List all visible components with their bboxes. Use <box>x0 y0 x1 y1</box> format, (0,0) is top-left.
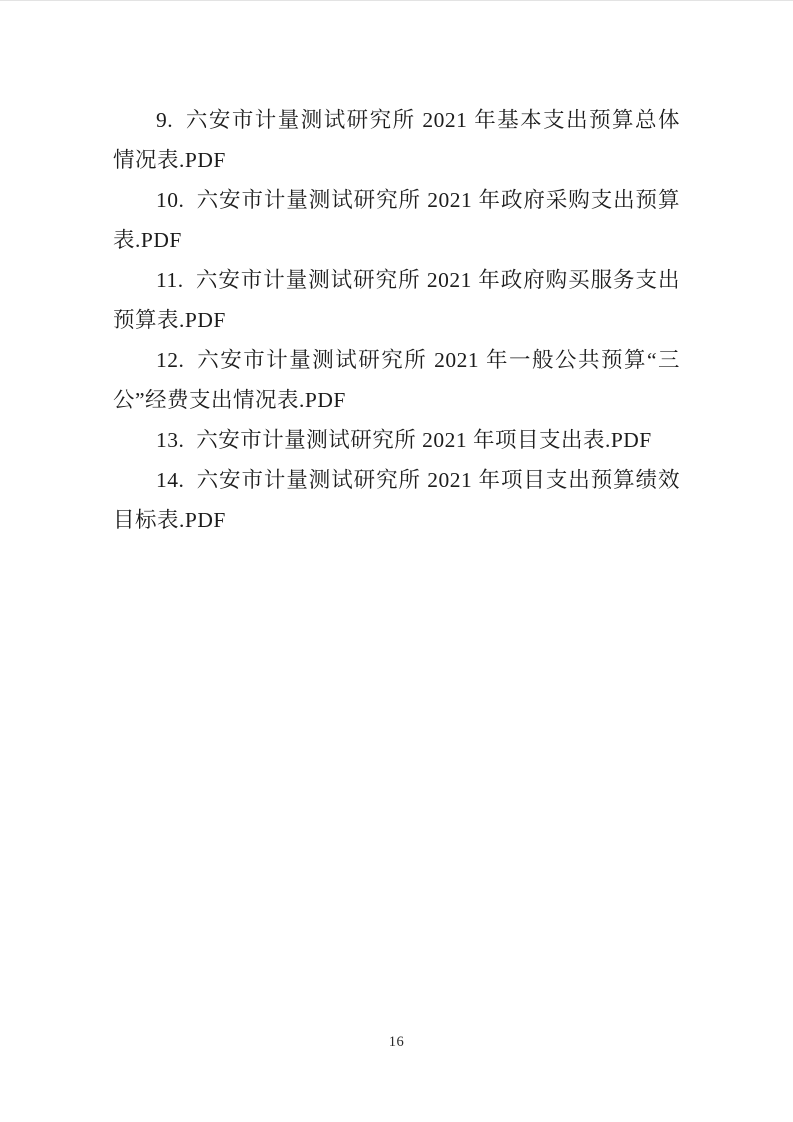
document-page: 9.六安市计量测试研究所 2021 年基本支出预算总体情况表.PDF 10.六安… <box>0 0 793 1122</box>
list-item-text: 六安市计量测试研究所 2021 年政府采购支出预算表.PDF <box>113 188 680 252</box>
list-item-number: 12. <box>156 348 184 372</box>
list-item-text: 六安市计量测试研究所 2021 年一般公共预算“三公”经费支出情况表.PDF <box>113 348 680 412</box>
list-item-number: 13. <box>156 428 184 452</box>
list-item-text: 六安市计量测试研究所 2021 年项目支出预算绩效目标表.PDF <box>113 468 680 532</box>
attachment-list: 9.六安市计量测试研究所 2021 年基本支出预算总体情况表.PDF 10.六安… <box>113 1 680 540</box>
page-number: 16 <box>389 1034 405 1050</box>
list-item-number: 10. <box>156 188 184 212</box>
list-item: 9.六安市计量测试研究所 2021 年基本支出预算总体情况表.PDF <box>113 100 680 180</box>
list-item-number: 14. <box>156 468 184 492</box>
list-item: 10.六安市计量测试研究所 2021 年政府采购支出预算表.PDF <box>113 180 680 260</box>
page-footer: 16 <box>0 1033 793 1051</box>
list-item: 12.六安市计量测试研究所 2021 年一般公共预算“三公”经费支出情况表.PD… <box>113 340 680 420</box>
list-item-text: 六安市计量测试研究所 2021 年基本支出预算总体情况表.PDF <box>113 108 680 172</box>
list-item-number: 11. <box>156 268 184 292</box>
list-item-text: 六安市计量测试研究所 2021 年项目支出表.PDF <box>196 428 652 452</box>
list-item: 11.六安市计量测试研究所 2021 年政府购买服务支出预算表.PDF <box>113 260 680 340</box>
list-item: 13.六安市计量测试研究所 2021 年项目支出表.PDF <box>113 420 680 460</box>
list-item-number: 9. <box>156 108 173 132</box>
list-item-text: 六安市计量测试研究所 2021 年政府购买服务支出预算表.PDF <box>113 268 680 332</box>
list-item: 14.六安市计量测试研究所 2021 年项目支出预算绩效目标表.PDF <box>113 460 680 540</box>
